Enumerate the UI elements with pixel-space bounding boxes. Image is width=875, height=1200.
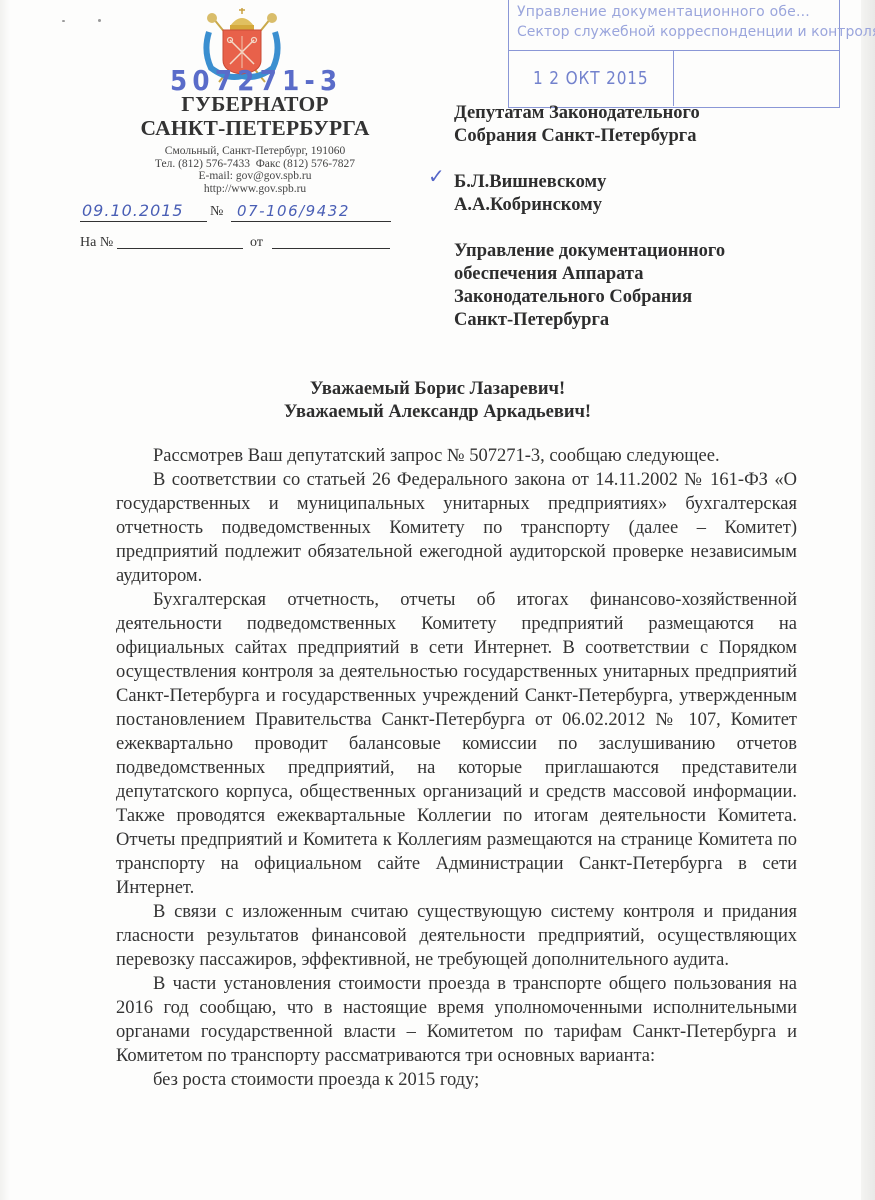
checkmark-icon: ✓ (428, 164, 445, 188)
addressee-line: Законодательного Собрания (454, 286, 844, 309)
addressee-line: Депутатам Законодательного (454, 102, 844, 125)
body-paragraph: Бухгалтерская отчетность, отчеты об итог… (116, 588, 797, 900)
from-label: от (250, 235, 263, 251)
addressee-line: Собрания Санкт-Петербурга (454, 125, 844, 148)
body-paragraph: В части установления стоимости проезда в… (116, 972, 797, 1068)
stamp-number: 507271-3 (170, 64, 342, 97)
body-paragraph: без роста стоимости проезда к 2015 году; (116, 1068, 797, 1092)
outgoing-number: 07-106/9432 (231, 200, 391, 222)
stamp-header: Управление документационного обе... Сект… (509, 0, 839, 51)
reply-to-label: На № (80, 235, 113, 251)
outgoing-date: 09.10.2015 (80, 200, 207, 222)
incoming-stamp: Управление документационного обе... Сект… (508, 0, 840, 108)
stamp-sector: Сектор служебной корреспонденции и контр… (517, 24, 875, 40)
letterhead: ГУБЕРНАТОР САНКТ-ПЕТЕРБУРГА Смольный, Са… (95, 92, 415, 195)
addressee-deputies: Депутатам Законодательного Собрания Санк… (454, 102, 844, 148)
reply-to-field (117, 233, 243, 249)
addressee-line: Управление документационного (454, 240, 844, 263)
addressee-line: обеспечения Аппарата (454, 263, 844, 286)
outgoing-registration: 09.10.2015 № 07-106/9432 (80, 200, 400, 224)
from-field (272, 233, 390, 249)
scan-shadow-left (0, 0, 10, 1200)
salutation-line: Уважаемый Александр Аркадьевич! (0, 401, 875, 424)
letter-page: ГУБЕРНАТОР САНКТ-ПЕТЕРБУРГА Смольный, Са… (0, 0, 875, 1200)
addressee-line: Санкт-Петербурга (454, 309, 844, 332)
body-paragraph: В связи с изложенным считаю существующую… (116, 900, 797, 972)
number-label: № (210, 204, 223, 220)
body-paragraph: Рассмотрев Ваш депутатский запрос № 5072… (116, 444, 797, 468)
salutation-line: Уважаемый Борис Лазаревич! (0, 378, 875, 401)
contact-info: Смольный, Санкт-Петербург, 191060 Тел. (… (95, 145, 415, 195)
addressee-names: Б.Л.Вишневскому А.А.Кобринскому (454, 171, 844, 217)
addressee-department: Управление документационного обеспечения… (454, 240, 844, 332)
scan-speck (62, 20, 65, 22)
stamp-date: 1 2 ОКТ 2015 (533, 68, 648, 89)
addressee-block: Депутатам Законодательного Собрания Санк… (454, 102, 844, 355)
body-paragraph: В соответствии со статьей 26 Федеральног… (116, 468, 797, 588)
scan-shadow-right (861, 0, 875, 1200)
address: Смольный, Санкт-Петербург, 191060 (95, 145, 415, 158)
governor-title: ГУБЕРНАТОР САНКТ-ПЕТЕРБУРГА (95, 92, 415, 140)
stamp-department: Управление документационного обе... (517, 4, 810, 20)
stamp-date-cell: 1 2 ОКТ 2015 (509, 50, 674, 106)
salutation: Уважаемый Борис Лазаревич! Уважаемый Але… (0, 378, 875, 424)
addressee-line: А.А.Кобринскому (454, 194, 844, 217)
website: http://www.gov.spb.ru (95, 183, 415, 196)
letter-body: Рассмотрев Ваш депутатский запрос № 5072… (116, 444, 797, 1092)
reply-reference: На № от (80, 233, 400, 253)
phone-fax: Тел. (812) 576-7433 Факс (812) 576-7827 (95, 158, 415, 171)
email: E-mail: gov@gov.spb.ru (95, 170, 415, 183)
title-line: САНКТ-ПЕТЕРБУРГА (95, 116, 415, 140)
scan-speck (98, 19, 101, 22)
addressee-line: Б.Л.Вишневскому (454, 171, 844, 194)
